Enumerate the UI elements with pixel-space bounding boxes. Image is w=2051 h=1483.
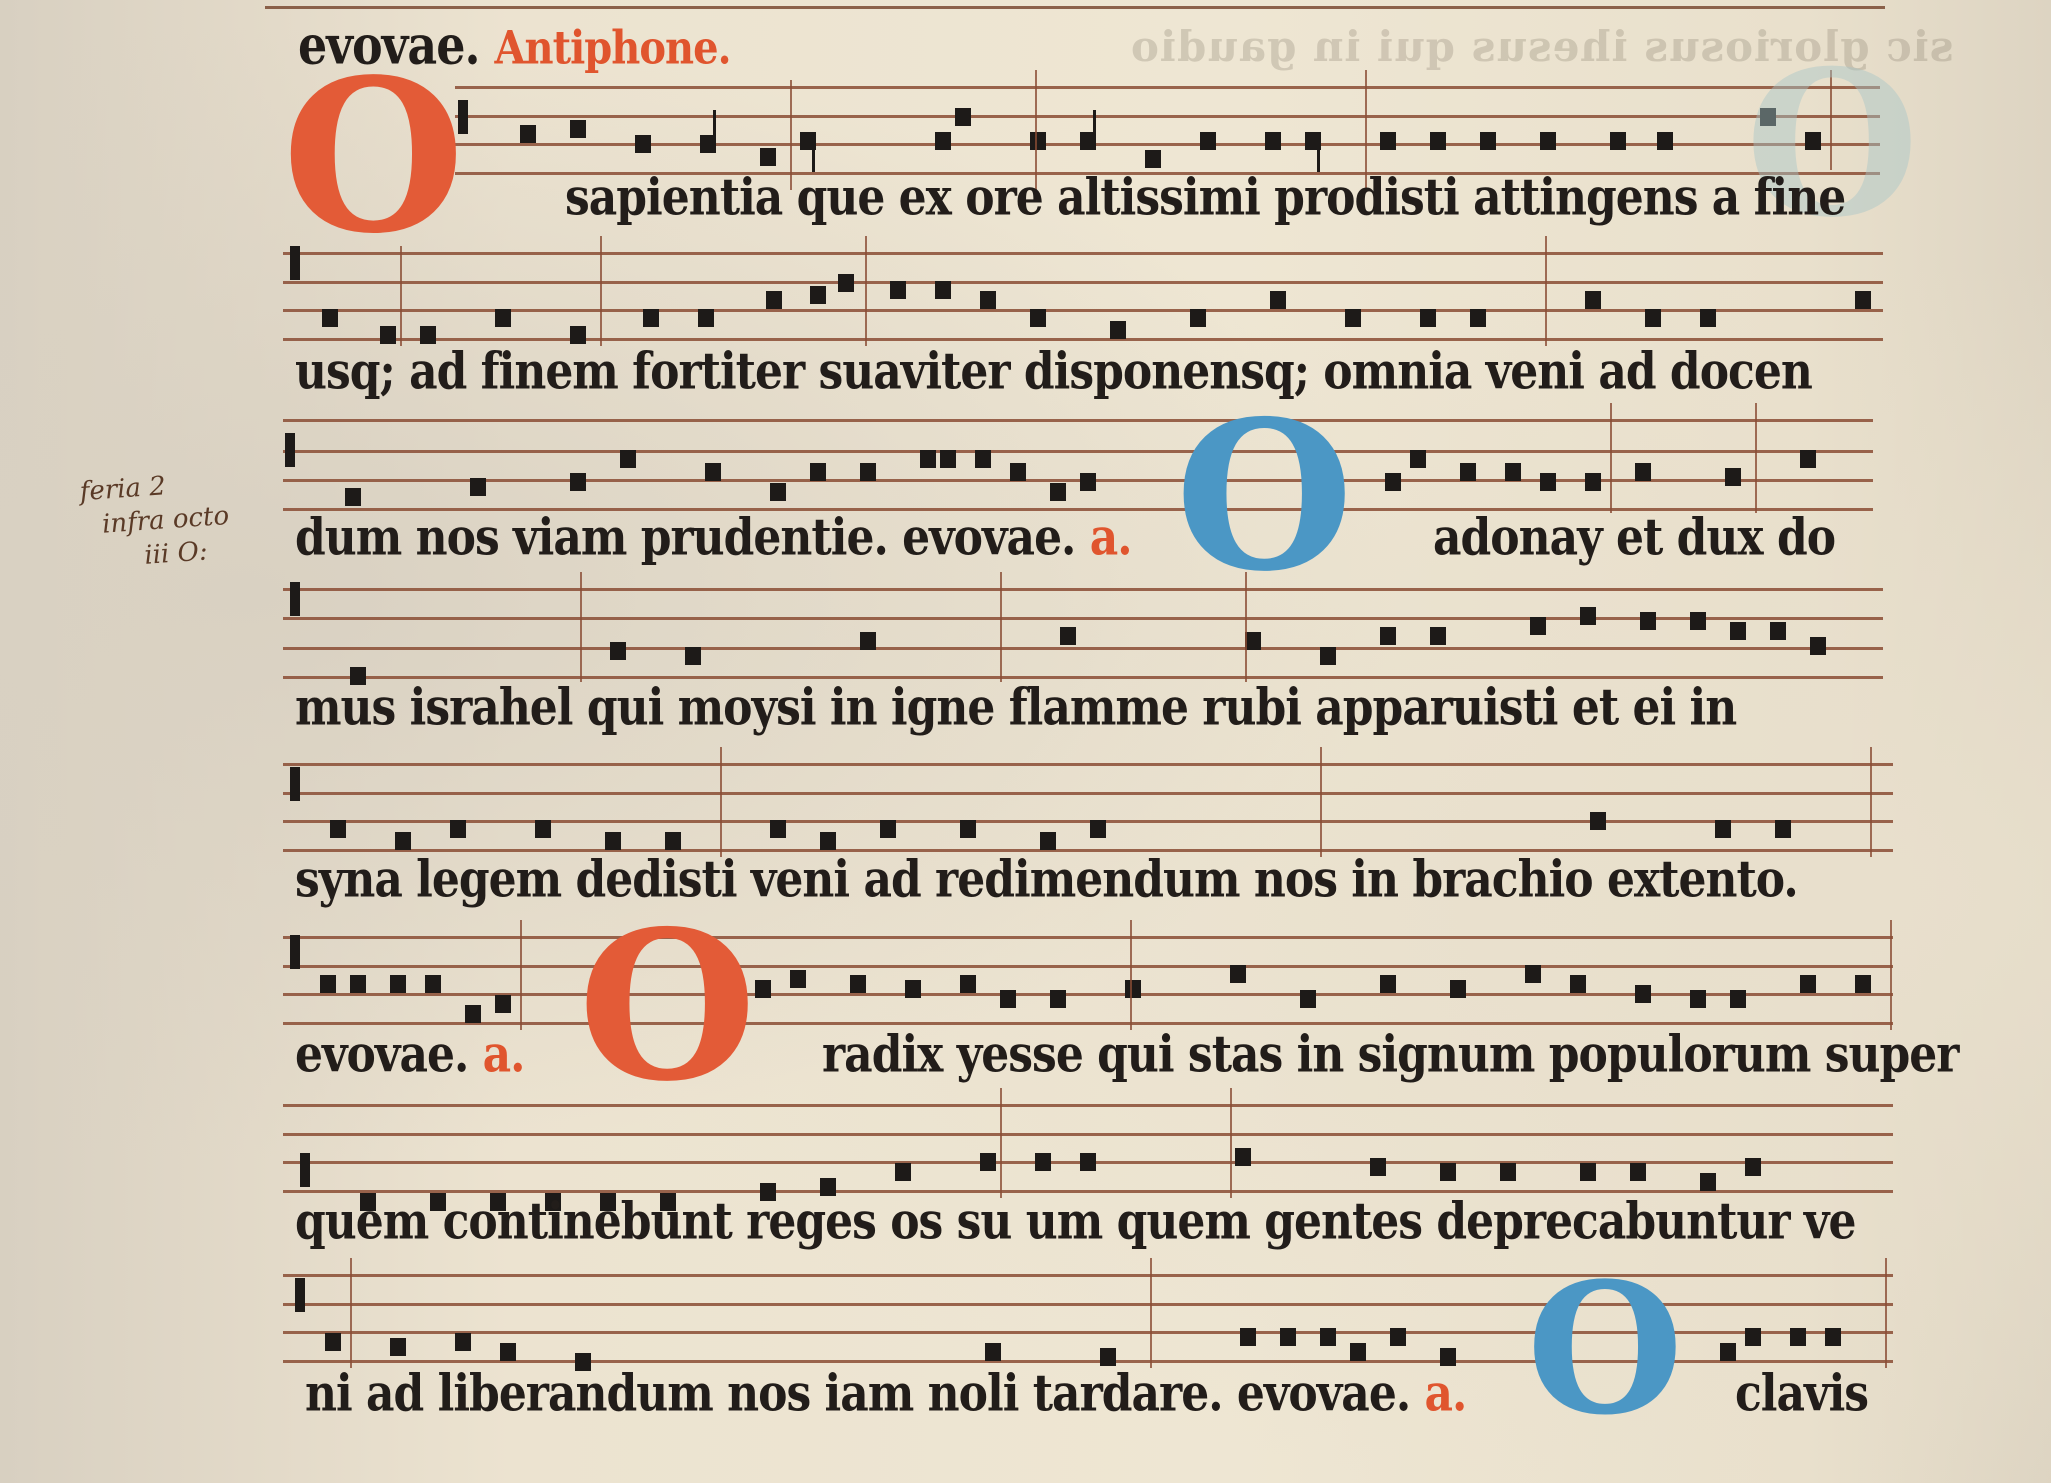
- chant-text-line-2: usq; ad finem fortiter suaviter disponen…: [295, 342, 1812, 401]
- rubric-a: a.: [1090, 508, 1132, 567]
- initial-o-blue: O: [1175, 395, 1350, 600]
- initial-o-red: O: [282, 52, 457, 262]
- rubric-a: a.: [483, 1025, 525, 1084]
- chant-text-line-3-cont: adonay et dux do: [1433, 508, 1835, 567]
- chant-text-line-8: ni ad liberandum nos iam noli tardare. e…: [305, 1364, 1466, 1423]
- chant-text-line-6-cont: radix yesse qui stas in signum populorum…: [822, 1025, 1958, 1084]
- rubric-antiphone: Antiphone.: [495, 21, 731, 75]
- initial-o-blue-2: O: [1525, 1260, 1685, 1440]
- manuscript-page: sic gloriosus ihesus qui in gaudio evova…: [0, 0, 2051, 1483]
- chant-text-line-3: dum nos viam prudentie. evovae. a.: [295, 508, 1132, 567]
- chant-text-line-8-cont: clavis: [1735, 1364, 1868, 1423]
- chant-text-line-5: syna legem dedisti veni ad redimendum no…: [295, 850, 1798, 909]
- chant-text-line-4: mus israhel qui moysi in igne flamme rub…: [295, 678, 1736, 737]
- chant-text-line-1: sapientia que ex ore altissimi prodisti …: [565, 168, 1845, 227]
- top-ruling: [265, 6, 1885, 9]
- initial-o-red-2: O: [578, 905, 748, 1110]
- chant-text-line-7: quem continebunt reges os su um quem gen…: [295, 1192, 1855, 1251]
- rubric-a: a.: [1424, 1364, 1466, 1423]
- chant-text-line-6: evovae. a.: [295, 1025, 524, 1084]
